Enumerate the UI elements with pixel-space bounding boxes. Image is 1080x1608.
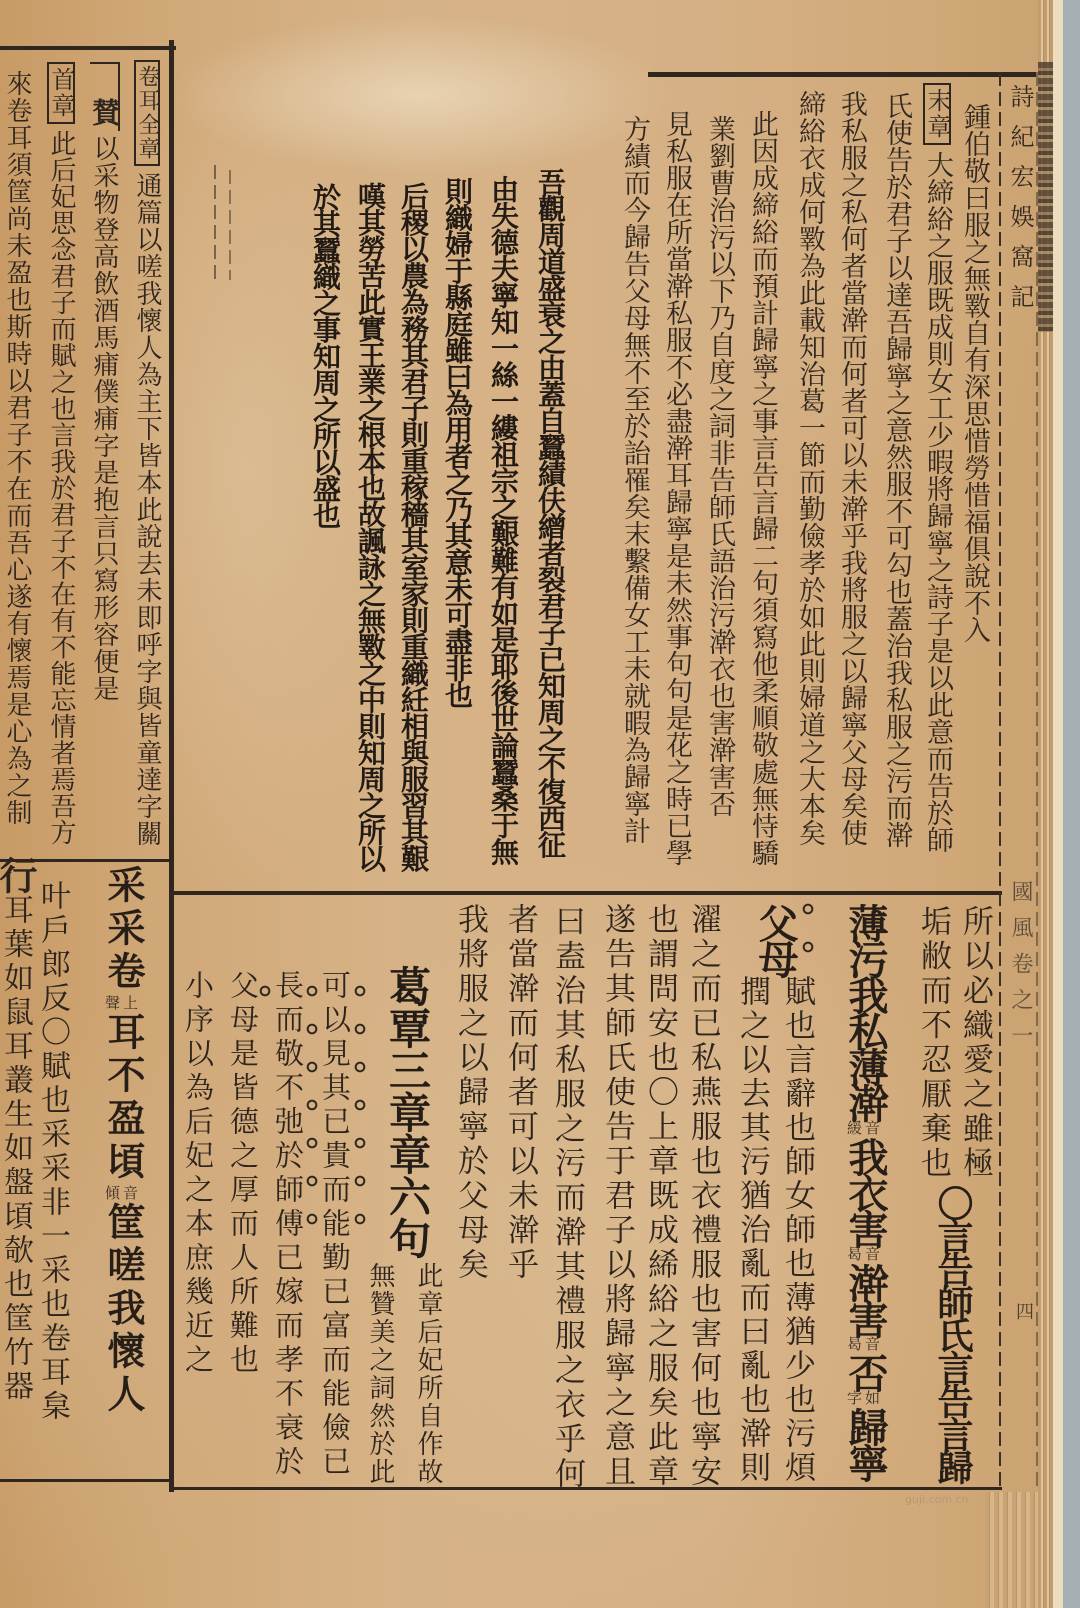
annotation-column: 我將服之以歸寧於父母矣 [454, 903, 485, 1283]
annotation-column: 濯之而已私燕服也衣禮服也害何也寧安 [687, 903, 718, 1490]
verse-text: 筐嗟我懷人 [101, 1202, 146, 1417]
commentary-column: 則織婦于縣庭雖曰為用者之乃其意未可盡非也 [443, 177, 471, 707]
left-section-top-rule [0, 46, 176, 50]
verse-text: 薄污我私薄澣 [842, 903, 889, 1119]
commentary-column: 首章此后妃思念君子而賦之也言我於君子不在有不能忘情者焉吾方 [47, 62, 75, 846]
annotation-column: 可以見其已貴而能勤已富而能儉已 [320, 970, 349, 1480]
commentary-text: 此后妃思念君子而賦之也言我於君子不在有不能忘情者焉吾方 [46, 130, 76, 846]
ink-dash-mark [214, 165, 216, 285]
left-section-vertical-rule [169, 40, 174, 1492]
emphasis-circle-marks [354, 985, 366, 1235]
emphasis-circle-marks [306, 985, 318, 1235]
scanned-book-page: 詩紀宏娛窩記 國風卷之一 四 鍾伯敬曰服之無斁自有深思惜勞惜福俱說不入 末章大締… [0, 0, 1080, 1608]
commentary-column: 嘆其勞苦此實王業之根本也故諷詠之無斁之中則知周之所以 [356, 182, 384, 871]
bottom-rule [172, 1487, 1002, 1490]
commentary-column: 鍾伯敬曰服之無斁自有深思惜勞惜福俱說不入 [961, 103, 988, 643]
verse-text: 否 [842, 1353, 889, 1389]
right-border-dashed [999, 72, 1001, 1490]
verse-text: 耳不盈頃 [101, 1012, 146, 1184]
annotation-left-half: 撋之以去其污猶治亂而曰亂也澣則 [736, 975, 767, 1485]
ear-title: 詩紀宏娛窩記 [1008, 84, 1032, 324]
bottom-page-edges [985, 1492, 1038, 1608]
commentary-column: 氏使告於君子以達吾歸寧之意然服不可勾也蓋治我私服之污而澣 [883, 92, 910, 848]
section-label-mozhang: 末章 [923, 83, 951, 145]
commentary-text: 大締綌之服既成則女工少暇將歸寧之詩子是以此意而告於師 [922, 151, 953, 853]
commentary-column: 吾觀周道盛衰之由蓋自蠶績伕繒者裂君子已知周之不復西征 [536, 168, 564, 857]
pronunciation-gloss: 音曷 [845, 1335, 885, 1353]
rhyme-circle-marks [802, 903, 814, 979]
pronunciation-gloss: 音傾 [103, 1184, 143, 1202]
left-section-bottom-rule [0, 1479, 170, 1482]
annotation-column: 者當澣而何者可以未澣乎 [504, 903, 535, 1283]
pronunciation-gloss: 上聲 [103, 994, 143, 1012]
scanner-background [1063, 0, 1080, 1608]
pronunciation-gloss: 如字 [845, 1389, 885, 1407]
section-label-zan: 賛 [90, 62, 120, 131]
commentary-column: 我私服之私何者當澣而何者可以未澣乎我將服之以歸寧父母矣使 [838, 90, 865, 846]
annotation-right-half: 此章后妃所自作故 [415, 1262, 441, 1486]
commentary-column: 此因成締綌而預計歸寧之事言告言歸二句須寫他柔順敬處無恃驕 [749, 110, 776, 866]
commentary-text: 以采物登高飲酒馬痡僕痡字是抱言只寫形容便是 [89, 135, 119, 702]
fold-label: 國風卷之一 [1009, 880, 1031, 1060]
commentary-column: 業劉曹治污以下乃自度之詞非告師氏語治污澣衣也害澣害否 [706, 115, 733, 817]
commentary-column: 后稷以農為務其君子則重稼穡其室家則重織紝相與服習其艱 [399, 182, 427, 871]
middle-divider-rule [172, 891, 1002, 895]
fold-edge-texture [1038, 62, 1053, 332]
verse-char: 行 [0, 856, 38, 894]
chapter-end-title: 葛覃三章章六句 [386, 965, 428, 1259]
verse-column: 薄污我私薄澣音緩我衣害音曷澣害音曷否如字歸寧 [845, 903, 885, 1479]
verse-column: 父母 [755, 903, 795, 975]
page-edge-cream [1053, 0, 1063, 1608]
annotation-column: 父母是皆德之厚而人所難也 [228, 970, 257, 1378]
annotation-column: 叶戶郎反〇賦也采采非一采也卷耳枲 [37, 880, 67, 1424]
annotation-right-half: 賦也言辭也師女師也薄猶少也污煩 [781, 975, 812, 1485]
annotation-column: 曰盍治其私服之污而澣其禮服之衣乎何 [551, 905, 582, 1492]
watermark: guji.com.cn [905, 1493, 969, 1506]
annotation-column: 遂告其師氏使告于君子以將歸寧之意且 [601, 903, 632, 1490]
commentary-column: 由失德夫寧知一絲一縷祖宗之艱難有如是耶後世論蠶桑于無 [489, 175, 517, 864]
section-label-shouzhang: 首章 [47, 62, 75, 124]
verse-text: 我衣害 [842, 1137, 889, 1245]
annotation-left-half: 垢敝而不忍厭棄也 [917, 905, 948, 1181]
upper-box-top-rule [648, 72, 1036, 77]
commentary-text: 通篇以嗟我懷人為主下皆本此說去未即呼字與皆童達字關 [132, 172, 162, 847]
annotation-right-half: 所以必織愛之雖極 [959, 905, 990, 1181]
commentary-column: 於其蠶織之事知周之所以盛也 [311, 183, 339, 528]
annotation-column: 小序以為后妃之本庶幾近之 [183, 970, 212, 1378]
verse-text: 澣害 [842, 1263, 889, 1335]
verse-column: 〇言告師氏言告言歸 [935, 1185, 971, 1482]
ear-border-dashed [1036, 72, 1038, 1492]
commentary-column: 末章大締綌之服既成則女工少暇將歸寧之詩子是以此意而告於師 [923, 83, 951, 853]
verse-text: 采采卷 [101, 865, 146, 994]
annotation-column: 也謂問安也〇上章既成絺綌之服矣此章 [644, 903, 675, 1490]
commentary-column: 卷耳全章通篇以嗟我懷人為主下皆本此說去未即呼字與皆童達字關 [134, 60, 160, 847]
commentary-column: 締綌衣成何斁為此載知治葛一節而勤儉孝於如此則婦道之大本矣 [796, 90, 823, 846]
commentary-column: 賛以采物登高飲酒馬痡僕痡字是抱言只寫形容便是 [90, 62, 120, 702]
annotation-column: 行耳葉如鼠耳叢生如盤頃欹也筐竹器 [0, 856, 34, 1404]
commentary-column: 見私服在所當澣私服不必盡澣耳歸寧是未然事句句是花之時已學 [663, 110, 690, 866]
ink-dash-mark [229, 170, 231, 280]
commentary-column: 來卷耳須筐尚未盈也斯時以君子不在而吾心遂有懷焉是心為之制 [4, 70, 30, 826]
commentary-column: 方績而今歸告父母無不至於詒罹矣末繫備女工未就暇為歸寧計 [621, 115, 648, 844]
page-number: 四 [1014, 1302, 1032, 1320]
pronunciation-gloss: 音緩 [845, 1119, 885, 1137]
verse-column: 采采卷上聲耳不盈頃音傾筐嗟我懷人 [103, 865, 143, 1417]
annotation-text: 耳葉如鼠耳叢生如盤頃欹也筐竹器 [0, 894, 33, 1404]
emphasis-circle-marks [259, 985, 271, 999]
section-label-juaner: 卷耳全章 [134, 60, 160, 166]
verse-text: 歸寧 [842, 1407, 889, 1479]
pronunciation-gloss: 音曷 [845, 1245, 885, 1263]
annotation-column: 長而敬不弛於師傅已嫁而孝不衰於 [273, 970, 302, 1480]
annotation-left-half: 無贊美之詞然於此 [367, 1262, 393, 1486]
